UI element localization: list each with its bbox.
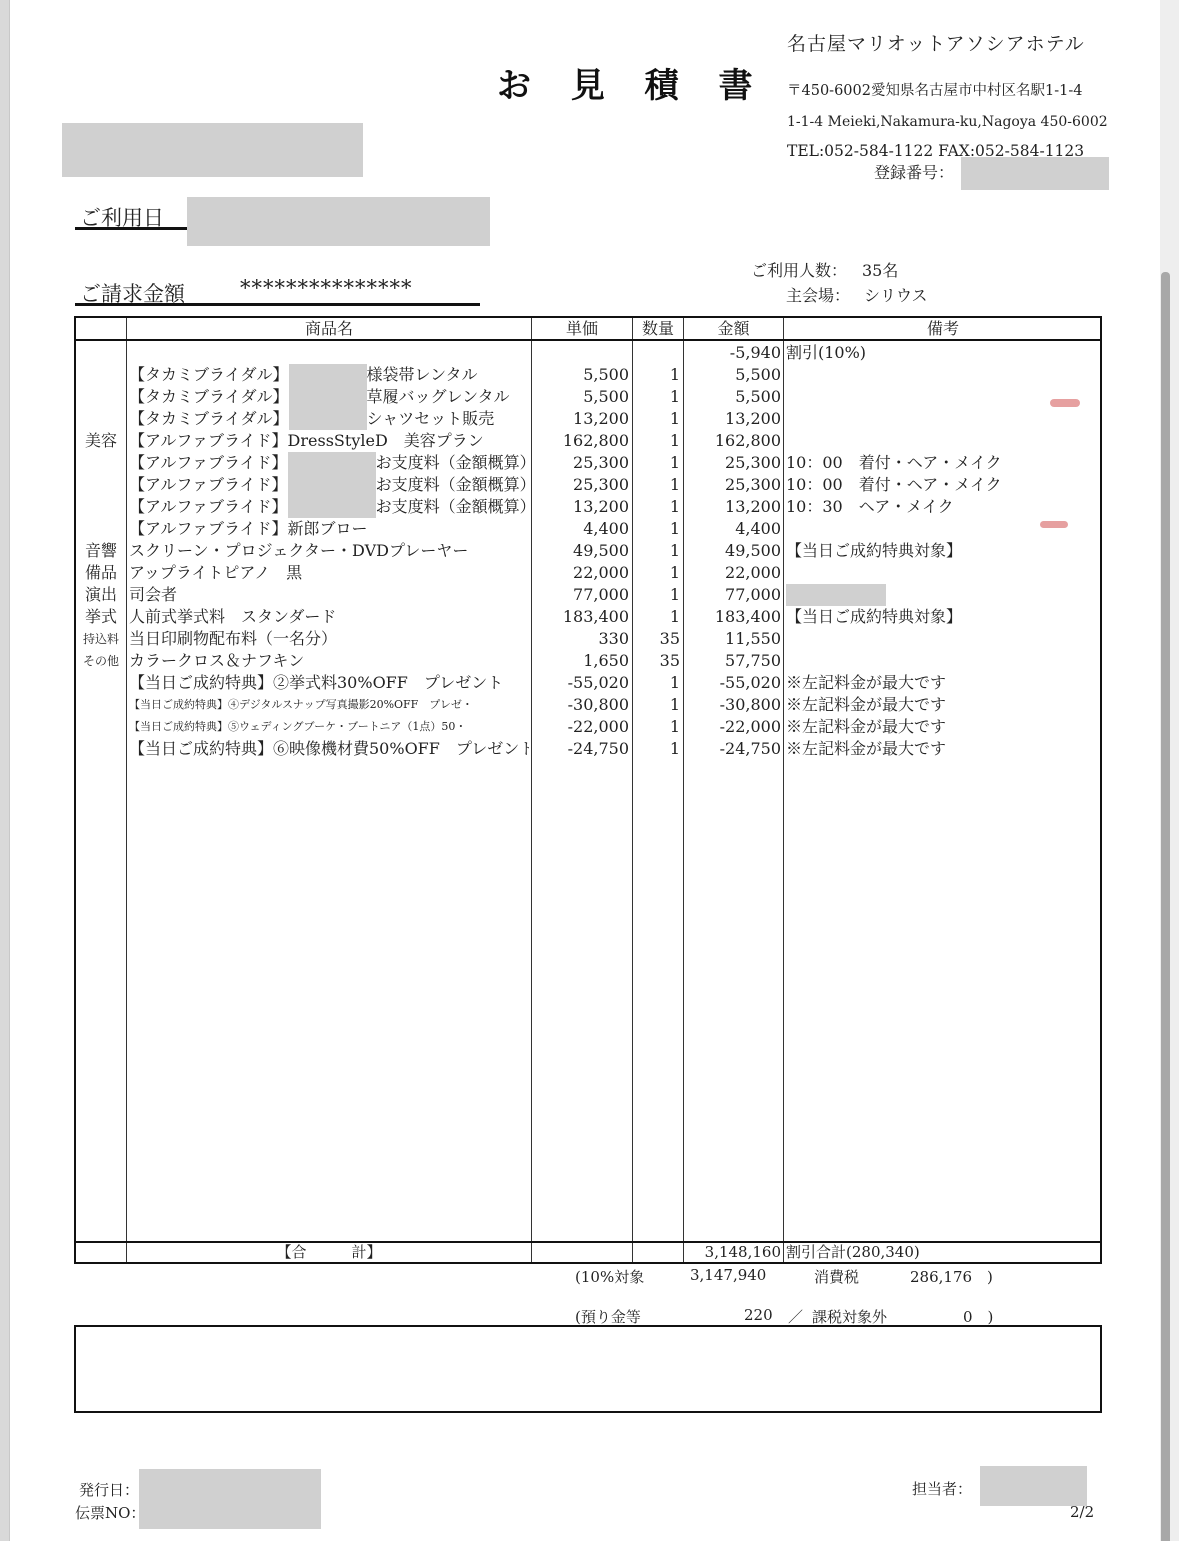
total-label: 【合 計】 bbox=[127, 1242, 531, 1262]
row-qty: 1 bbox=[633, 540, 680, 562]
tax-target-label: (10%対象 bbox=[575, 1266, 644, 1287]
table-row: 美容【アルファブライド】DressStyleD 美容プラン162,8001162… bbox=[76, 430, 1100, 452]
redacted-name bbox=[289, 386, 367, 408]
usage-date-underline bbox=[75, 227, 187, 230]
hotel-address-jp: 〒450-6002愛知県名古屋市中村区名駅1-1-4 bbox=[787, 79, 1082, 100]
estimate-table: 商品名 単価 数量 金額 備考 -5,940割引(10%)【タカミブライダル】様… bbox=[74, 316, 1102, 1264]
row-unit-price: -24,750 bbox=[531, 738, 629, 760]
table-row: 音響スクリーン・プロジェクター・DVDプレーヤー49,500149,500【当日… bbox=[76, 540, 1100, 562]
pen-mark bbox=[1050, 399, 1080, 407]
row-qty: 1 bbox=[633, 452, 680, 474]
staff-label: 担当者： bbox=[912, 1478, 972, 1499]
item-name-prefix: 【タカミブライダル】 bbox=[129, 387, 289, 406]
row-item-name: 【アルファブライド】お支度料（金額概算） bbox=[129, 452, 529, 474]
row-qty: 1 bbox=[633, 716, 680, 738]
table-row: 【アルファブライド】お支度料（金額概算）25,300125,30010：00 着… bbox=[76, 474, 1100, 496]
redacted-note bbox=[786, 584, 886, 606]
redacted-name bbox=[289, 408, 367, 430]
row-unit-price: 25,300 bbox=[531, 452, 629, 474]
item-name-prefix: 当日印刷物配布料（一名分） bbox=[129, 629, 337, 648]
redacted-name bbox=[289, 364, 367, 386]
item-name-suffix: シャツセット販売 bbox=[367, 409, 495, 428]
header-qty: 数量 bbox=[633, 318, 683, 340]
slip-number-label: 伝票NO： bbox=[75, 1502, 145, 1523]
row-qty: 1 bbox=[633, 408, 680, 430]
row-amount: -55,020 bbox=[684, 672, 781, 694]
table-row: 【タカミブライダル】様袋帯レンタル5,50015,500 bbox=[76, 364, 1100, 386]
table-row: 【当日ご成約特典】②挙式料30%OFF プレゼント-55,0201-55,020… bbox=[76, 672, 1100, 694]
row-category: 音響 bbox=[76, 540, 126, 562]
table-row: 演出司会者77,000177,000 bbox=[76, 584, 1100, 606]
billing-amount-value: *************** bbox=[240, 276, 413, 300]
row-note: 【当日ご成約特典対象】 bbox=[786, 606, 1096, 628]
item-name-prefix: 【当日ご成約特典】⑥映像機材費50%OFF プレゼント bbox=[129, 739, 529, 758]
row-note bbox=[786, 584, 1096, 606]
header-notes: 備考 bbox=[784, 318, 1102, 340]
row-qty: 35 bbox=[633, 650, 680, 672]
redacted-usage-date bbox=[187, 197, 490, 246]
table-row: その他カラークロス＆ナフキン1,6503557,750 bbox=[76, 650, 1100, 672]
row-unit-price: 183,400 bbox=[531, 606, 629, 628]
row-category: 持込料 bbox=[76, 628, 126, 650]
row-qty: 1 bbox=[633, 474, 680, 496]
table-row: 挙式人前式挙式料 スタンダード183,4001183,400【当日ご成約特典対象… bbox=[76, 606, 1100, 628]
row-amount: 57,750 bbox=[684, 650, 781, 672]
row-note: 10：00 着付・ヘア・メイク bbox=[786, 474, 1096, 496]
row-unit-price: 13,200 bbox=[531, 496, 629, 518]
deposit-label: (預り金等 bbox=[575, 1306, 641, 1327]
row-amount: 5,500 bbox=[684, 364, 781, 386]
table-row: 【アルファブライド】お支度料（金額概算）13,200113,20010：30 ヘ… bbox=[76, 496, 1100, 518]
row-item-name: カラークロス＆ナフキン bbox=[129, 650, 529, 672]
row-qty: 1 bbox=[633, 606, 680, 628]
venue-value: シリウス bbox=[864, 283, 928, 306]
billing-amount-underline bbox=[75, 303, 480, 306]
total-amount: 3,148,160 bbox=[684, 1242, 781, 1262]
row-item-name: 【タカミブライダル】シャツセット販売 bbox=[129, 408, 529, 430]
row-item-name: 【アルファブライド】お支度料（金額概算） bbox=[129, 474, 529, 496]
redacted-issue-info bbox=[139, 1469, 321, 1529]
row-unit-price: 4,400 bbox=[531, 518, 629, 540]
item-name-prefix: 【当日ご成約特典】⑤ウェディングブーケ・ブートニア（1点）50・ bbox=[129, 720, 466, 733]
item-name-prefix: 【アルファブライド】 bbox=[129, 497, 288, 516]
redacted-staff-name bbox=[980, 1466, 1087, 1506]
row-qty: 1 bbox=[633, 694, 680, 716]
table-row: 【当日ご成約特典】⑤ウェディングブーケ・ブートニア（1点）50・-22,0001… bbox=[76, 716, 1100, 738]
row-amount: 4,400 bbox=[684, 518, 781, 540]
row-item-name: 【アルファブライド】DressStyleD 美容プラン bbox=[129, 430, 529, 452]
redacted-name bbox=[288, 496, 376, 518]
row-unit-price: 77,000 bbox=[531, 584, 629, 606]
row-qty: 1 bbox=[633, 518, 680, 540]
row-item-name: 【アルファブライド】お支度料（金額概算） bbox=[129, 496, 529, 518]
hotel-name: 名古屋マリオットアソシアホテル bbox=[787, 29, 1085, 56]
hotel-address-en: 1-1-4 Meieki,Nakamura-ku,Nagoya 450-6002 bbox=[787, 114, 1108, 130]
row-unit-price: 13,200 bbox=[531, 408, 629, 430]
row-amount: 13,200 bbox=[684, 408, 781, 430]
row-unit-price: 162,800 bbox=[531, 430, 629, 452]
row-amount: 11,550 bbox=[684, 628, 781, 650]
nontaxable-label: 課税対象外 bbox=[812, 1306, 887, 1327]
table-row: 【アルファブライド】お支度料（金額概算）25,300125,30010：00 着… bbox=[76, 452, 1100, 474]
redacted-customer-name bbox=[62, 123, 363, 177]
row-item-name: 【当日ご成約特典】④デジタルスナップ写真撮影20%OFF プレゼ・ bbox=[129, 694, 529, 716]
row-category: 挙式 bbox=[76, 606, 126, 628]
table-row: 備品アップライトピアノ 黒22,000122,000 bbox=[76, 562, 1100, 584]
page-indicator: 2/2 bbox=[1070, 1503, 1094, 1521]
redacted-registration-number bbox=[961, 157, 1109, 190]
row-qty: 1 bbox=[633, 364, 680, 386]
row-item-name: 人前式挙式料 スタンダード bbox=[129, 606, 529, 628]
row-item-name: 司会者 bbox=[129, 584, 529, 606]
row-item-name: アップライトピアノ 黒 bbox=[129, 562, 529, 584]
redacted-name bbox=[288, 474, 376, 496]
row-unit-price: 1,650 bbox=[531, 650, 629, 672]
table-row: 持込料当日印刷物配布料（一名分）3303511,550 bbox=[76, 628, 1100, 650]
row-qty: 1 bbox=[633, 672, 680, 694]
row-qty: 1 bbox=[633, 430, 680, 452]
item-name-prefix: 【当日ご成約特典】④デジタルスナップ写真撮影20%OFF プレゼ・ bbox=[129, 698, 473, 711]
document-title: お 見 積 書 bbox=[497, 58, 767, 107]
row-unit-price: 5,500 bbox=[531, 386, 629, 408]
row-unit-price: 25,300 bbox=[531, 474, 629, 496]
row-item-name: 【当日ご成約特典】⑤ウェディングブーケ・ブートニア（1点）50・ bbox=[129, 716, 529, 738]
item-name-suffix: お支度料（金額概算） bbox=[376, 475, 529, 494]
redacted-name bbox=[288, 452, 376, 474]
row-note: ※左記料金が最大です bbox=[786, 694, 1096, 716]
row-category: 美容 bbox=[76, 430, 126, 452]
item-name-prefix: 【アルファブライド】DressStyleD 美容プラン bbox=[129, 431, 484, 450]
nontaxable-value: 0 ) bbox=[963, 1306, 993, 1327]
guests-label: ご利用人数： bbox=[751, 258, 847, 281]
scrollbar-thumb[interactable] bbox=[1161, 272, 1170, 1541]
row-item-name: 【タカミブライダル】草履バッグレンタル bbox=[129, 386, 529, 408]
tax-target-value: 3,147,940 bbox=[690, 1266, 766, 1284]
item-name-prefix: 【アルファブライド】 bbox=[129, 453, 288, 472]
header-amount: 金額 bbox=[684, 318, 783, 340]
row-qty: 35 bbox=[633, 628, 680, 650]
row-qty: 1 bbox=[633, 584, 680, 606]
row-unit-price: -55,020 bbox=[531, 672, 629, 694]
row-item-name: 当日印刷物配布料（一名分） bbox=[129, 628, 529, 650]
row-unit-price: 49,500 bbox=[531, 540, 629, 562]
item-name-suffix: お支度料（金額概算） bbox=[376, 497, 529, 516]
row-amount: -30,800 bbox=[684, 694, 781, 716]
row-qty: 1 bbox=[633, 386, 680, 408]
item-name-suffix: お支度料（金額概算） bbox=[376, 453, 529, 472]
row-unit-price: -30,800 bbox=[531, 694, 629, 716]
row-amount: 5,500 bbox=[684, 386, 781, 408]
header-unit-price: 単価 bbox=[532, 318, 632, 340]
item-name-prefix: 【タカミブライダル】 bbox=[129, 409, 289, 428]
row-item-name: 【タカミブライダル】様袋帯レンタル bbox=[129, 364, 529, 386]
guests-value: 35名 bbox=[862, 258, 898, 281]
header-item: 商品名 bbox=[127, 318, 531, 340]
row-amount: 25,300 bbox=[684, 452, 781, 474]
item-name-prefix: 【アルファブライド】新郎ブロー bbox=[129, 519, 368, 538]
row-category: 備品 bbox=[76, 562, 126, 584]
row-item-name: 【アルファブライド】新郎ブロー bbox=[129, 518, 529, 540]
row-note: ※左記料金が最大です bbox=[786, 672, 1096, 694]
row-amount: 13,200 bbox=[684, 496, 781, 518]
row-note: 10：30 ヘア・メイク bbox=[786, 496, 1096, 518]
table-row: 【タカミブライダル】草履バッグレンタル5,50015,500 bbox=[76, 386, 1100, 408]
memo-box bbox=[74, 1325, 1102, 1413]
row-unit-price: 330 bbox=[531, 628, 629, 650]
table-row: 【アルファブライド】新郎ブロー4,40014,400 bbox=[76, 518, 1100, 540]
item-name-prefix: 司会者 bbox=[129, 585, 177, 604]
item-name-prefix: 【当日ご成約特典】②挙式料30%OFF プレゼント bbox=[129, 673, 503, 692]
row-amount: -5,940 bbox=[684, 342, 781, 364]
venue-label: 主会場： bbox=[786, 283, 850, 306]
table-row: 【タカミブライダル】シャツセット販売13,200113,200 bbox=[76, 408, 1100, 430]
item-name-prefix: スクリーン・プロジェクター・DVDプレーヤー bbox=[129, 541, 468, 560]
row-amount: 49,500 bbox=[684, 540, 781, 562]
pen-mark bbox=[1040, 521, 1068, 528]
row-qty: 1 bbox=[633, 496, 680, 518]
consumption-tax-label: 消費税 bbox=[814, 1266, 859, 1287]
row-unit-price: -22,000 bbox=[531, 716, 629, 738]
table-row: 【当日ご成約特典】④デジタルスナップ写真撮影20%OFF プレゼ・-30,800… bbox=[76, 694, 1100, 716]
row-amount: 22,000 bbox=[684, 562, 781, 584]
row-item-name: 【当日ご成約特典】②挙式料30%OFF プレゼント bbox=[129, 672, 529, 694]
item-name-suffix: 草履バッグレンタル bbox=[367, 387, 510, 406]
row-amount: 162,800 bbox=[684, 430, 781, 452]
row-amount: 25,300 bbox=[684, 474, 781, 496]
row-item-name: 【当日ご成約特典】⑥映像機材費50%OFF プレゼント bbox=[129, 738, 529, 760]
row-unit-price: 22,000 bbox=[531, 562, 629, 584]
row-note: ※左記料金が最大です bbox=[786, 716, 1096, 738]
page-left-edge bbox=[0, 0, 10, 1541]
row-amount: -24,750 bbox=[684, 738, 781, 760]
row-item-name: スクリーン・プロジェクター・DVDプレーヤー bbox=[129, 540, 529, 562]
table-row: 【当日ご成約特典】⑥映像機材費50%OFF プレゼント-24,7501-24,7… bbox=[76, 738, 1100, 760]
item-name-prefix: 人前式挙式料 スタンダード bbox=[129, 607, 336, 626]
item-name-prefix: カラークロス＆ナフキン bbox=[129, 651, 304, 670]
row-note: ※左記料金が最大です bbox=[786, 738, 1096, 760]
row-note: 割引(10%) bbox=[786, 342, 1096, 364]
item-name-prefix: アップライトピアノ 黒 bbox=[129, 563, 302, 582]
row-amount: 77,000 bbox=[684, 584, 781, 606]
table-row: -5,940割引(10%) bbox=[76, 342, 1100, 364]
item-name-suffix: 様袋帯レンタル bbox=[367, 365, 478, 384]
row-amount: 183,400 bbox=[684, 606, 781, 628]
row-category: その他 bbox=[76, 650, 126, 672]
row-note: 10：00 着付・ヘア・メイク bbox=[786, 452, 1096, 474]
row-amount: -22,000 bbox=[684, 716, 781, 738]
item-name-prefix: 【タカミブライダル】 bbox=[129, 365, 289, 384]
row-qty: 1 bbox=[633, 562, 680, 584]
row-unit-price: 5,500 bbox=[531, 364, 629, 386]
item-name-prefix: 【アルファブライド】 bbox=[129, 475, 288, 494]
issue-date-label: 発行日： bbox=[79, 1479, 139, 1500]
deposit-value: 220 bbox=[744, 1306, 773, 1324]
row-qty: 1 bbox=[633, 738, 680, 760]
row-note: 【当日ご成約特典対象】 bbox=[786, 540, 1096, 562]
consumption-tax-value: 286,176 ) bbox=[910, 1266, 993, 1287]
total-row: 【合 計】 3,148,160 割引合計(280,340) bbox=[76, 1242, 1100, 1262]
discount-total: 割引合計(280,340) bbox=[786, 1242, 1096, 1262]
separator: ／ bbox=[788, 1306, 803, 1327]
registration-number-label: 登録番号： bbox=[874, 160, 954, 183]
row-category: 演出 bbox=[76, 584, 126, 606]
